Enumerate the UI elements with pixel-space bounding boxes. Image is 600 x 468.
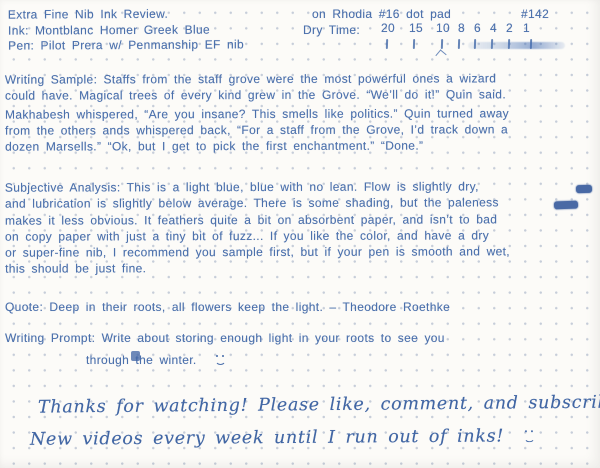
writing-sample-line: Makhabesh whispered, “Are you insane? Th… [5,105,509,123]
dry-time-tick [441,39,443,49]
dry-time-value: 15 [409,21,423,35]
dry-time-value: 20 [381,21,395,35]
smiley-icon [215,355,226,365]
writing-sample-line: from the others ands whispered back, “Fo… [5,121,509,139]
outro-line2: New videos every week until I run out of… [30,426,537,450]
ink-correction-blot [131,351,140,361]
subjective-analysis-line: or super-fine nib, I recommend you sampl… [5,244,510,262]
subjective-analysis-line: makes it less obvious. It feathers quite… [5,211,510,229]
subjective-analysis-line: Subjective Analysis: This is a light blu… [5,178,510,196]
dry-time-test: Dry Time: 20 15 10 8 6 4 2 1 [0,0,600,70]
dry-time-value: 2 [506,21,513,35]
smiley-icon [524,430,537,442]
dry-time-tick [458,39,460,49]
dry-time-tick [413,39,415,49]
writing-prompt-line1: Writing Prompt: Write about storing enou… [5,330,445,346]
scribbled-out-word [576,185,592,194]
dry-time-value: 8 [458,21,465,35]
writing-prompt-line2: through the winter. [86,352,226,368]
dry-time-value: 6 [474,21,481,35]
subjective-analysis-line: on copy paper with just a tiny bit of fu… [5,227,510,245]
dry-time-caret-mark [435,49,446,60]
subjective-analysis-line: and lubrication is slightly below averag… [5,195,510,213]
scribbled-out-word [554,201,578,210]
subjective-analysis-paragraph: Subjective Analysis: This is a light blu… [5,178,510,277]
dry-time-smear [468,42,565,49]
quote-line: Quote: Deep in their roots, all flowers … [5,299,450,315]
outro-line1: Thanks for watching! Please like, commen… [38,392,600,417]
dry-time-value: 4 [490,21,497,35]
writing-sample-paragraph: Writing Sample: Staffs from the staff gr… [5,70,509,155]
dry-time-value: 1 [523,21,530,35]
dry-time-label: Dry Time: [303,22,360,38]
writing-sample-line: could have. Magical trees of every kind … [5,87,509,105]
writing-sample-line: dozen Marsells.” “Ok, but I get to pick … [5,138,509,156]
dry-time-value: 10 [436,21,450,35]
writing-sample-line: Writing Sample: Staffs from the staff gr… [5,70,509,88]
notebook-page: Extra Fine Nib Ink Review. Ink: Montblan… [0,0,600,468]
subjective-analysis-line: this should be just fine. [5,260,510,278]
dry-time-tick [386,39,388,49]
